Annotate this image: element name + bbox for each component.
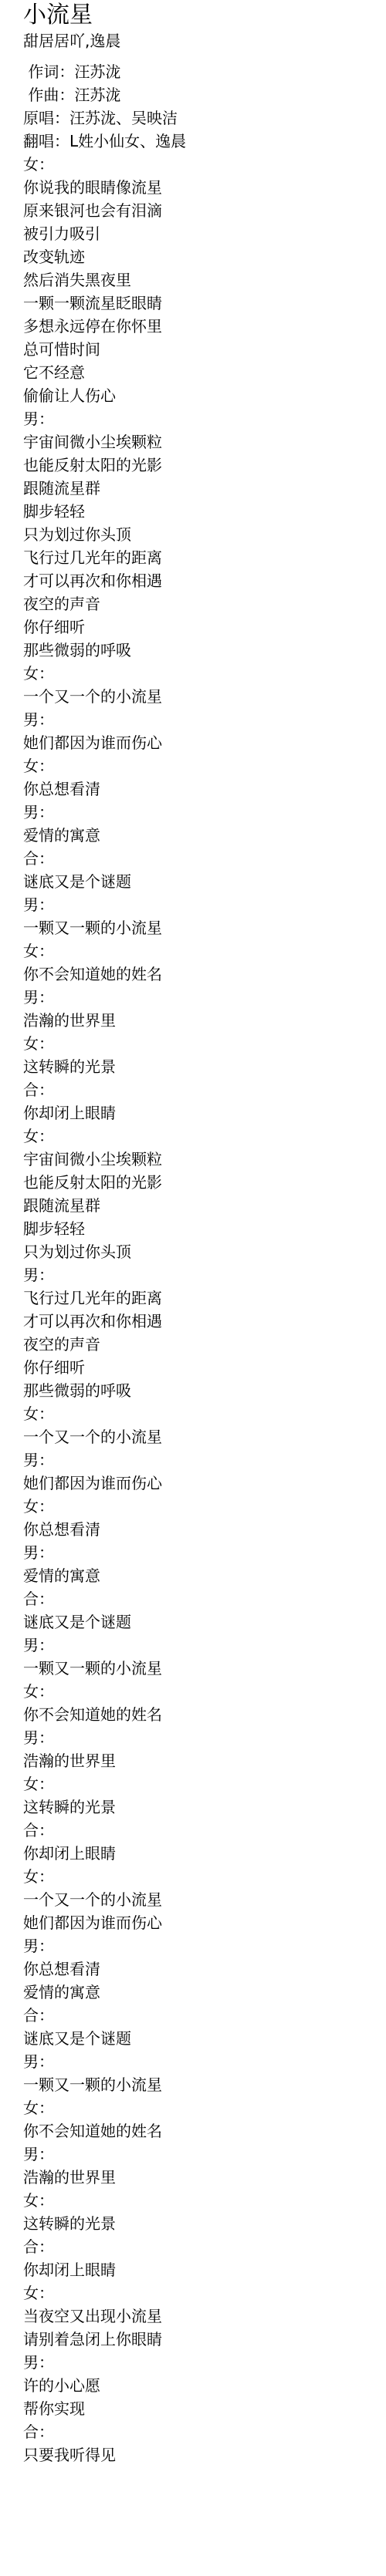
lyric-line: 你仔细听 [23, 615, 386, 639]
lyric-line: 作曲：汪苏泷 [23, 83, 386, 106]
lyric-line: 男： [23, 1541, 386, 1564]
lyric-line: 被引力吸引 [23, 222, 386, 245]
lyric-line: 爱情的寓意 [23, 824, 386, 847]
lyric-line: 作词：汪苏泷 [23, 60, 386, 83]
lyric-line: 女： [23, 939, 386, 963]
lyric-line: 女： [23, 1865, 386, 1888]
lyric-line: 女： [23, 754, 386, 777]
lyric-line: 她们都因为谁而伤心 [23, 731, 386, 754]
lyric-line: 那些微弱的呼吸 [23, 639, 386, 662]
lyric-line: 宇宙间微小尘埃颗粒 [23, 430, 386, 453]
lyric-line: 男： [23, 1934, 386, 1957]
lyric-line: 原来银河也会有泪滴 [23, 199, 386, 222]
lyric-line: 只为划过你头顶 [23, 1240, 386, 1263]
lyric-line: 女： [23, 1772, 386, 1795]
lyric-line: 多想永远停在你怀里 [23, 315, 386, 338]
lyric-line: 合： [23, 847, 386, 870]
lyric-line: 夜空的声音 [23, 1333, 386, 1356]
lyric-line: 谜底又是个谜题 [23, 870, 386, 893]
lyric-line: 脚步轻轻 [23, 500, 386, 523]
lyric-line: 飞行过几光年的距离 [23, 1286, 386, 1310]
lyric-line: 帮你实现 [23, 2397, 386, 2420]
lyric-line: 这转瞬的光景 [23, 2212, 386, 2235]
lyric-line: 女： [23, 1680, 386, 1703]
lyric-line: 男： [23, 801, 386, 824]
lyric-line: 原唱：汪苏泷、吴映洁 [23, 106, 386, 130]
lyric-line: 那些微弱的呼吸 [23, 1379, 386, 1402]
lyric-line: 她们都因为谁而伤心 [23, 1472, 386, 1495]
lyric-line: 浩瀚的世界里 [23, 1749, 386, 1772]
lyric-line: 脚步轻轻 [23, 1217, 386, 1240]
lyric-line: 爱情的寓意 [23, 1981, 386, 2004]
lyric-line: 浩瀚的世界里 [23, 2166, 386, 2189]
lyric-line: 只为划过你头顶 [23, 523, 386, 546]
lyric-line: 跟随流星群 [23, 1194, 386, 1217]
lyric-line: 女： [23, 1495, 386, 1518]
lyric-line: 只要我听得见 [23, 2443, 386, 2466]
lyric-line: 男： [23, 2351, 386, 2374]
lyric-line: 男： [23, 1634, 386, 1657]
lyric-line: 你总想看清 [23, 1957, 386, 1981]
lyric-line: 男： [23, 1263, 386, 1286]
lyric-line: 宇宙间微小尘埃颗粒 [23, 1148, 386, 1171]
lyric-line: 浩瀚的世界里 [23, 1009, 386, 1032]
lyric-line: 女： [23, 662, 386, 685]
lyrics-page: 小流星 甜居居吖,逸晨 作词：汪苏泷 作曲：汪苏泷原唱：汪苏泷、吴映洁翻唱：L姓… [0, 0, 386, 2466]
lyric-line: 一颗一颗流星眨眼睛 [23, 292, 386, 315]
lyric-line: 你说我的眼睛像流星 [23, 176, 386, 199]
lyric-line: 男： [23, 1448, 386, 1472]
lyric-line: 你不会知道她的姓名 [23, 2119, 386, 2143]
lyric-line: 偷偷让人伤心 [23, 384, 386, 407]
lyric-line: 爱情的寓意 [23, 1564, 386, 1587]
lyric-line: 男： [23, 2050, 386, 2073]
lyric-line: 你却闭上眼睛 [23, 2258, 386, 2281]
lyric-line: 你不会知道她的姓名 [23, 1703, 386, 1726]
lyric-line: 你总想看清 [23, 777, 386, 801]
lyric-line: 一颗又一颗的小流星 [23, 1657, 386, 1680]
lyric-line: 这转瞬的光景 [23, 1055, 386, 1078]
lyric-line: 女： [23, 1032, 386, 1055]
lyric-line: 你仔细听 [23, 1356, 386, 1379]
lyric-line: 女： [23, 153, 386, 176]
lyric-line: 女： [23, 1402, 386, 1425]
lyric-line: 你却闭上眼睛 [23, 1842, 386, 1865]
lyric-line: 合： [23, 2235, 386, 2258]
lyric-line: 男： [23, 2143, 386, 2166]
lyric-line: 请别着急闭上你眼睛 [23, 2328, 386, 2351]
song-artist: 甜居居吖,逸晨 [23, 29, 386, 52]
lyric-line: 才可以再次和你相遇 [23, 1310, 386, 1333]
lyric-line: 女： [23, 1124, 386, 1148]
lyric-line: 女： [23, 2189, 386, 2212]
lyric-line: 也能反射太阳的光影 [23, 453, 386, 477]
lyric-line: 合： [23, 2420, 386, 2443]
lyric-line: 男： [23, 708, 386, 731]
lyric-line: 谜底又是个谜题 [23, 2027, 386, 2050]
lyric-line: 合： [23, 1078, 386, 1101]
lyric-line: 才可以再次和你相遇 [23, 569, 386, 592]
lyric-line: 一颗又一颗的小流星 [23, 2073, 386, 2096]
lyric-line: 你却闭上眼睛 [23, 1101, 386, 1124]
lyric-line: 她们都因为谁而伤心 [23, 1911, 386, 1934]
lyric-line: 总可惜时间 [23, 338, 386, 361]
lyric-line: 跟随流星群 [23, 477, 386, 500]
lyric-line: 男： [23, 1726, 386, 1749]
lyric-line: 男： [23, 893, 386, 916]
lyric-line: 一个又一个的小流星 [23, 1425, 386, 1448]
lyric-line: 男： [23, 986, 386, 1009]
lyric-line: 改变轨迹 [23, 245, 386, 268]
lyric-line: 飞行过几光年的距离 [23, 546, 386, 569]
lyric-line: 一个又一个的小流星 [23, 1888, 386, 1911]
lyric-line: 谜底又是个谜题 [23, 1610, 386, 1634]
lyric-line: 也能反射太阳的光影 [23, 1171, 386, 1194]
lyric-line: 合： [23, 1819, 386, 1842]
lyric-line: 翻唱：L姓小仙女、逸晨 [23, 130, 386, 153]
lyric-line: 合： [23, 1587, 386, 1610]
lyric-line: 一个又一个的小流星 [23, 685, 386, 708]
song-title: 小流星 [23, 2, 386, 29]
lyric-line: 你总想看清 [23, 1518, 386, 1541]
lyric-line: 合： [23, 2004, 386, 2027]
lyric-line: 你不会知道她的姓名 [23, 963, 386, 986]
lyric-line: 一颗又一颗的小流星 [23, 916, 386, 939]
lyric-line: 许的小心愿 [23, 2374, 386, 2397]
lyric-line: 夜空的声音 [23, 592, 386, 615]
lyric-line: 当夜空又出现小流星 [23, 2305, 386, 2328]
lyric-line: 然后消失黑夜里 [23, 268, 386, 292]
lyrics-list: 作词：汪苏泷 作曲：汪苏泷原唱：汪苏泷、吴映洁翻唱：L姓小仙女、逸晨女：你说我的… [23, 60, 386, 2466]
lyric-line: 男： [23, 407, 386, 430]
lyric-line: 这转瞬的光景 [23, 1795, 386, 1819]
lyric-line: 它不经意 [23, 361, 386, 384]
lyric-line: 女： [23, 2281, 386, 2305]
lyric-line: 女： [23, 2096, 386, 2119]
